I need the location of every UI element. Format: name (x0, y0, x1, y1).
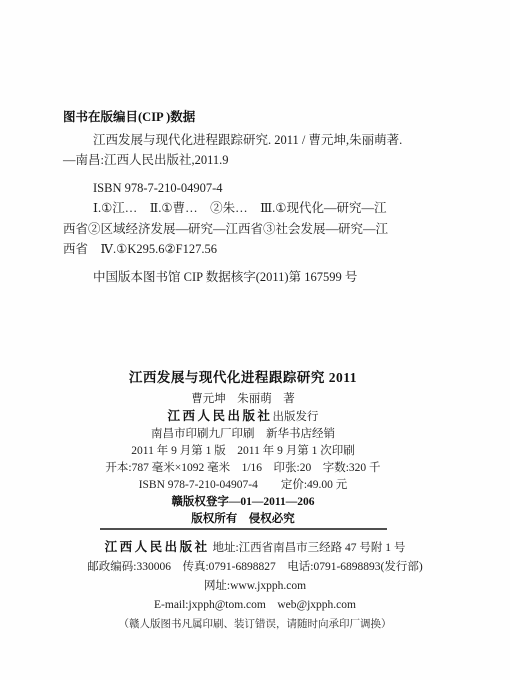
cip-block: 图书在版编目(CIP )数据 江西发展与现代化进程跟踪研究. 2011 / 曹元… (63, 107, 451, 287)
copyright-page: 图书在版编目(CIP )数据 江西发展与现代化进程跟踪研究. 2011 / 曹元… (0, 0, 510, 680)
cip-registry-number: 中国版本图书馆 CIP 数据核字(2011)第 167599 号 (63, 267, 451, 288)
cip-isbn: ISBN 978-7-210-04907-4 (63, 178, 451, 199)
postal-fax-phone-line: 邮政编码:330006 传真:0791-6898827 电话:0791-6898… (40, 558, 470, 577)
format-line: 开本:787 毫米×1092 毫米 1/16 印张:20 字数:320 千 (50, 460, 436, 477)
book-title: 江西发展与现代化进程跟踪研究 2011 (50, 368, 436, 388)
cip-classification-line: Ⅰ.①江… Ⅱ.①曹… ②朱… Ⅲ.①现代化—研究—江 (63, 198, 451, 219)
copyright-notice-line: 版权所有 侵权必究 (50, 511, 436, 528)
license-number-line: 赣版权登字—01—2011—206 (50, 494, 436, 511)
imprint-block: 江西发展与现代化进程跟踪研究 2011 曹元坤 朱丽萌 著 江西人民出版社出版发… (50, 368, 436, 528)
publisher-address-line: 江西人民出版社 地址:江西省南昌市三经路 47 号附 1 号 (40, 538, 470, 558)
cip-heading: 图书在版编目(CIP )数据 (63, 107, 451, 128)
publisher-name: 江西人民出版社 (105, 540, 210, 554)
edition-line: 2011 年 9 月第 1 版 2011 年 9 月第 1 次印刷 (50, 443, 436, 460)
authors-line: 曹元坤 朱丽萌 著 (50, 391, 436, 408)
cip-publisher-line: —南昌:江西人民出版社,2011.9 (63, 150, 451, 171)
publisher-name: 江西人民出版社 (167, 409, 272, 423)
cip-title-line: 江西发展与现代化进程跟踪研究. 2011 / 曹元坤,朱丽萌著. (63, 130, 451, 151)
publisher-suffix: 出版发行 (273, 411, 319, 423)
divider-rule (100, 528, 387, 530)
publisher-line: 江西人民出版社出版发行 (50, 408, 436, 426)
exchange-note-line: （赣人版图书凡属印刷、装订错误，请随时向承印厂调换） (40, 615, 470, 634)
contact-block: 江西人民出版社 地址:江西省南昌市三经路 47 号附 1 号 邮政编码:3300… (40, 538, 470, 634)
publisher-address: 地址:江西省南昌市三经路 47 号附 1 号 (212, 542, 405, 554)
cip-classification-line: 西省 Ⅳ.①K295.6②F127.56 (63, 239, 451, 260)
website-line: 网址:www.jxpph.com (40, 577, 470, 596)
cip-classification-line: 西省②区域经济发展—研究—江西省③社会发展—研究—江 (63, 219, 451, 240)
isbn-price-line: ISBN 978-7-210-04907-4 定价:49.00 元 (50, 477, 436, 494)
printing-line: 南昌市印刷九厂印刷 新华书店经销 (50, 426, 436, 443)
email-line: E-mail:jxpph@tom.com web@jxpph.com (40, 596, 470, 615)
